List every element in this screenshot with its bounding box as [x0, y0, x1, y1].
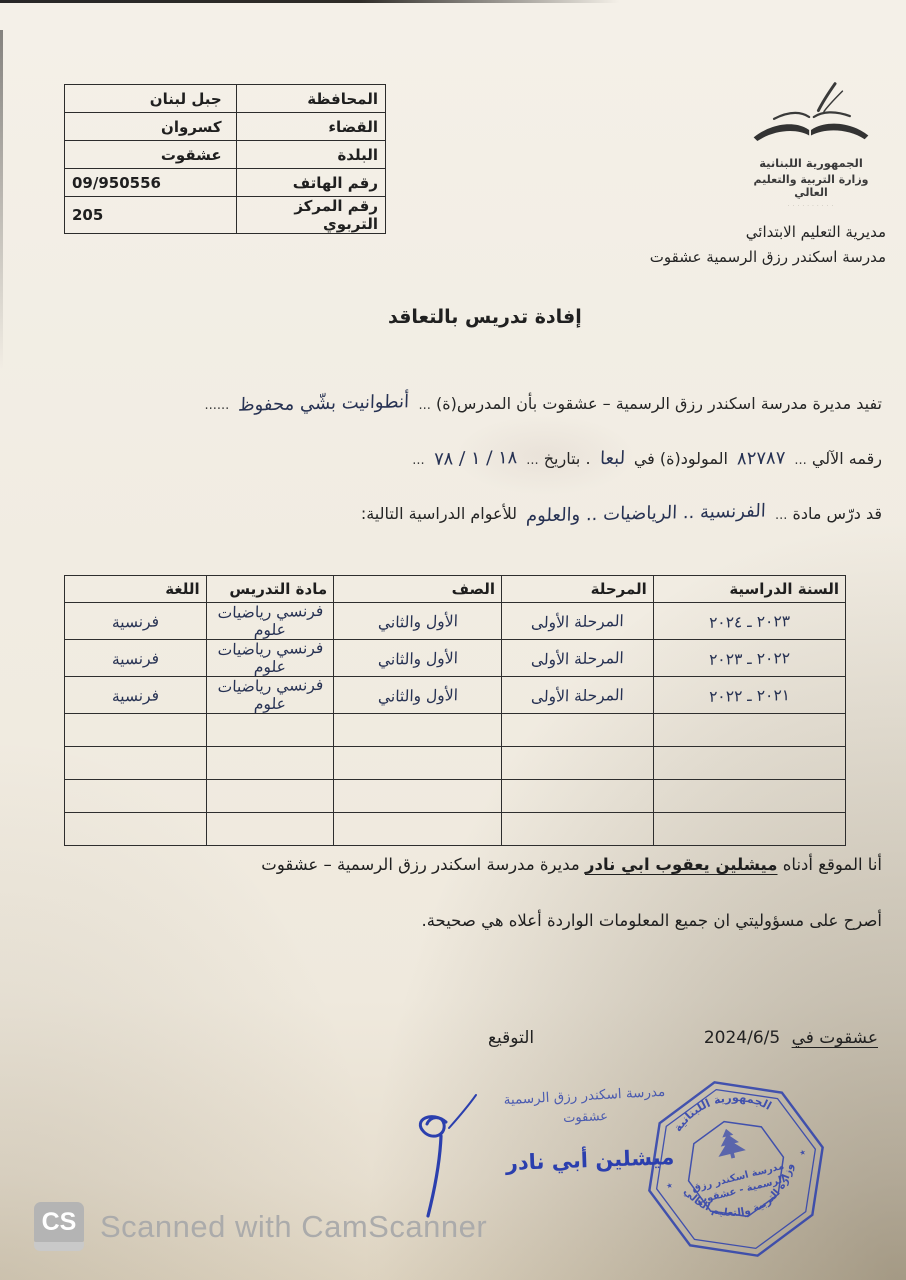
ministry-logo: الجمهورية اللبنانية وزارة التربية والتعل… — [735, 80, 887, 209]
signature-label: التوقيع — [488, 1028, 534, 1048]
camscanner-text: Scanned with CamScanner — [100, 1209, 487, 1245]
body-line2-print3: . بتاريخ — [544, 449, 591, 468]
declaration-line-1: أنا الموقع أدناه ميشلين يعقوب ابي نادر م… — [40, 850, 882, 880]
table-row-empty — [65, 747, 846, 780]
dotted-leader: ...... — [204, 398, 229, 413]
info-label: رقم المركز التربوي — [236, 197, 385, 234]
official-octagonal-seal: الجمهورية اللبنانية وزارة التربية والتعل… — [642, 1075, 830, 1263]
cell-language: فرنسية — [108, 612, 164, 631]
cell-subject: فرنسي رياضيات علوم — [212, 602, 328, 640]
cell-language: فرنسية — [108, 649, 164, 668]
table-row: البلدة عشقوت — [65, 141, 386, 169]
document-title: إفادة تدريس بالتعاقد — [388, 306, 582, 328]
admin-info-table: المحافظة جبل لبنان القضاء كسروان البلدة … — [64, 84, 386, 234]
declaration-post: مديرة مدرسة اسكندر رزق الرسمية – عشقوت — [261, 855, 579, 874]
dotted-leader: ... — [794, 453, 806, 468]
handwritten-birth-date: ١٨ / ١ / ٧٨ — [429, 442, 521, 476]
handwritten-signature — [402, 1092, 494, 1220]
handwritten-birth-place: لبعا — [595, 443, 629, 476]
table-row: المحافظة جبل لبنان — [65, 85, 386, 113]
table-row: ٢٠٢٣ ـ ٢٠٢٤ المرحلة الأولى الأول والثاني… — [65, 603, 846, 640]
cs-logo-base — [34, 1242, 84, 1251]
table-row-empty — [65, 780, 846, 813]
cell-subject: فرنسي رياضيات علوم — [212, 676, 328, 714]
body-paragraph: تفيد مديرة مدرسة اسكندر رزق الرسمية – عش… — [40, 388, 882, 553]
body-line2-print2: المولود(ة) في — [634, 449, 728, 468]
declaration-pre: أنا الموقع أدناه — [783, 855, 882, 874]
cell-stage: المرحلة الأولى — [527, 648, 628, 668]
table-row: رقم الهاتف 09/950556 — [65, 169, 386, 197]
cell-class: الأول والثاني — [373, 686, 462, 706]
cell-language: فرنسية — [108, 686, 164, 705]
cell-year: ٢٠٢٣ ـ ٢٠٢٤ — [705, 612, 795, 632]
date-value: 2024/6/5 — [704, 1028, 780, 1048]
info-value: جبل لبنان — [65, 85, 237, 113]
seal-star-right: ٭ — [798, 1144, 808, 1159]
info-value: 205 — [65, 197, 237, 234]
directorate-line: مديرية التعليم الابتدائي — [650, 220, 886, 245]
body-line3-print2: للأعوام الدراسية التالية: — [361, 504, 517, 523]
col-header-class: الصف — [334, 576, 502, 603]
scanned-paper: المحافظة جبل لبنان القضاء كسروان البلدة … — [0, 0, 906, 1280]
body-line-2: رقمه الآلي ... ٨٢٧٨٧ المولود(ة) في لبعا … — [40, 443, 882, 477]
school-line: مدرسة اسكندر رزق الرسمية عشقوت — [650, 245, 886, 270]
dotted-leader: ... — [775, 508, 787, 523]
logo-small-print: · · · · · · · · · · — [735, 204, 887, 209]
body-line-3: قد درّس مادة ... الفرنسية .. الرياضيات .… — [40, 498, 882, 532]
principal-underlined-name: ميشلين يعقوب ابي نادر — [585, 855, 778, 874]
info-value: كسروان — [65, 113, 237, 141]
ministry-name: وزارة التربية والتعليم العالي — [735, 173, 887, 199]
table-row: القضاء كسروان — [65, 113, 386, 141]
handwritten-subjects: الفرنسية .. الرياضيات .. والعلوم — [522, 495, 771, 532]
dotted-leader: ... — [412, 453, 424, 468]
cell-class: الأول والثاني — [373, 612, 462, 632]
table-row: ٢٠٢١ ـ ٢٠٢٢ المرحلة الأولى الأول والثاني… — [65, 677, 846, 714]
col-header-language: اللغة — [65, 576, 207, 603]
scan-edge-artifact — [0, 0, 652, 3]
col-header-stage: المرحلة — [502, 576, 654, 603]
info-value: 09/950556 — [65, 169, 237, 197]
teaching-years-table: السنة الدراسية المرحلة الصف مادة التدريس… — [64, 575, 846, 846]
col-header-subject: مادة التدريس — [206, 576, 333, 603]
body-line2-print1: رقمه الآلي — [812, 449, 882, 468]
table-header-row: السنة الدراسية المرحلة الصف مادة التدريس… — [65, 576, 846, 603]
info-label: البلدة — [236, 141, 385, 169]
info-label: المحافظة — [236, 85, 385, 113]
dotted-leader: ... — [419, 398, 431, 413]
camscanner-badge: CS — [34, 1202, 84, 1251]
camscanner-watermark: CS Scanned with CamScanner — [34, 1202, 487, 1251]
dotted-leader: ... — [526, 453, 538, 468]
cell-year: ٢٠٢٢ ـ ٢٠٢٣ — [705, 649, 795, 669]
table-row: رقم المركز التربوي 205 — [65, 197, 386, 234]
info-value: عشقوت — [65, 141, 237, 169]
table-row-empty — [65, 714, 846, 747]
table-row-empty — [65, 813, 846, 846]
info-label: رقم الهاتف — [236, 169, 385, 197]
cell-year: ٢٠٢١ ـ ٢٠٢٢ — [705, 686, 795, 706]
handwritten-id-number: ٨٢٧٨٧ — [732, 442, 789, 475]
table-row: ٢٠٢٢ ـ ٢٠٢٣ المرحلة الأولى الأول والثاني… — [65, 640, 846, 677]
republic-name: الجمهورية اللبنانية — [735, 156, 887, 170]
declaration-line-2: أصرح على مسؤوليتي ان جميع المعلومات الوا… — [40, 906, 882, 936]
open-book-icon — [745, 80, 877, 154]
department-header: مديرية التعليم الابتدائي مدرسة اسكندر رز… — [650, 220, 886, 270]
declaration: أنا الموقع أدناه ميشلين يعقوب ابي نادر م… — [40, 850, 882, 962]
col-header-year: السنة الدراسية — [653, 576, 845, 603]
scan-edge-artifact-left — [0, 30, 3, 370]
info-label: القضاء — [236, 113, 385, 141]
place-date-line: عشقوت في 2024/6/5 — [704, 1028, 878, 1048]
cs-logo-icon: CS — [34, 1202, 84, 1242]
body-line-1: تفيد مديرة مدرسة اسكندر رزق الرسمية – عش… — [40, 388, 882, 422]
cell-subject: فرنسي رياضيات علوم — [212, 639, 328, 677]
body-line3-print1: قد درّس مادة — [792, 504, 882, 523]
body-line1-print: تفيد مديرة مدرسة اسكندر رزق الرسمية – عش… — [436, 394, 882, 413]
cell-stage: المرحلة الأولى — [527, 611, 628, 631]
handwritten-teacher-name: أنطوانيت بشّي محفوظ — [234, 386, 414, 422]
cell-class: الأول والثاني — [373, 649, 462, 669]
place-label: عشقوت في — [792, 1028, 878, 1048]
seal-star-left: ٭ — [664, 1178, 674, 1193]
cell-stage: المرحلة الأولى — [527, 685, 628, 705]
